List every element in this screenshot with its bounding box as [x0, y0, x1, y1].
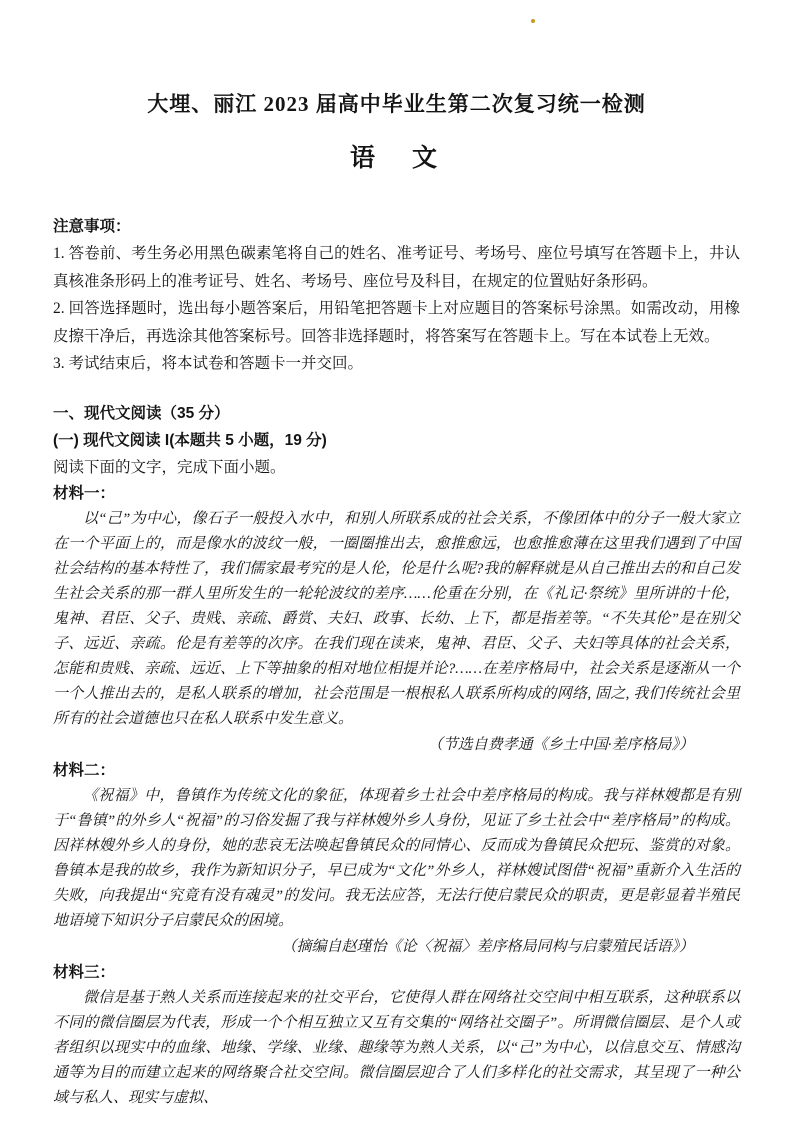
exam-paper-page: 大埋、丽江 2023 届高中毕业生第二次复习统一检测 语 文 注意事项： 1. … [0, 0, 793, 1122]
part1-subheading: (一) 现代文阅读 I(本题共 5 小题，19 分) [53, 427, 740, 454]
material-1-label: 材料一： [53, 481, 740, 507]
material-2-label: 材料二： [53, 758, 740, 784]
exam-title: 大埋、丽江 2023 届高中毕业生第二次复习统一检测 [53, 88, 740, 118]
material-1-attribution: （节选自费孝通《乡土中国·差序格局》） [53, 732, 740, 758]
exam-subject-title: 语 文 [53, 138, 740, 174]
material-2-attribution: （摘编自赵瑾怡《论〈祝福〉差序格局同构与启蒙殖民话语》） [53, 934, 740, 960]
material-2-block: 材料二： 《祝福》中，鲁镇作为传统文化的象征，体现着乡土社会中差序格局的构成。我… [53, 758, 740, 960]
material-3-block: 材料三： 微信是基于熟人关系而连接起来的社交平台，它使得人群在网络社交空间中相互… [53, 960, 740, 1111]
notice-item-3: 3. 考试结束后，将本试卷和答题卡一并交回。 [53, 350, 740, 378]
part1-section: 一、现代文阅读（35 分） (一) 现代文阅读 I(本题共 5 小题，19 分)… [53, 400, 740, 481]
reading-instruction: 阅读下面的文字，完成下面小题。 [53, 454, 740, 481]
material-3-label: 材料三： [53, 960, 740, 986]
notice-item-1: 1. 答卷前、考生务必用黑色碳素笔将自己的姓名、准考证号、考场号、座位号填写在答… [53, 240, 740, 295]
material-1-paragraph: 以“己”为中心，像石子一般投入水中，和别人所联系成的社会关系，不像团体中的分子一… [53, 507, 740, 732]
material-3-paragraph: 微信是基于熟人关系而连接起来的社交平台，它使得人群在网络社交空间中相互联系，这种… [53, 986, 740, 1111]
page-content: 大埋、丽江 2023 届高中毕业生第二次复习统一检测 语 文 注意事项： 1. … [0, 88, 793, 1111]
notices-heading: 注意事项： [53, 214, 740, 240]
notices-section: 注意事项： 1. 答卷前、考生务必用黑色碳素笔将自己的姓名、准考证号、考场号、座… [53, 214, 740, 378]
material-2-paragraph: 《祝福》中，鲁镇作为传统文化的象征，体现着乡土社会中差序格局的构成。我与祥林嫂都… [53, 784, 740, 934]
notice-item-2: 2. 回答选择题时，选出每小题答案后，用铅笔把答题卡上对应题目的答案标号涂黑。如… [53, 295, 740, 350]
material-1-block: 材料一： 以“己”为中心，像石子一般投入水中，和别人所联系成的社会关系，不像团体… [53, 481, 740, 758]
scan-speck-dot [531, 19, 535, 23]
part1-heading: 一、现代文阅读（35 分） [53, 400, 740, 427]
